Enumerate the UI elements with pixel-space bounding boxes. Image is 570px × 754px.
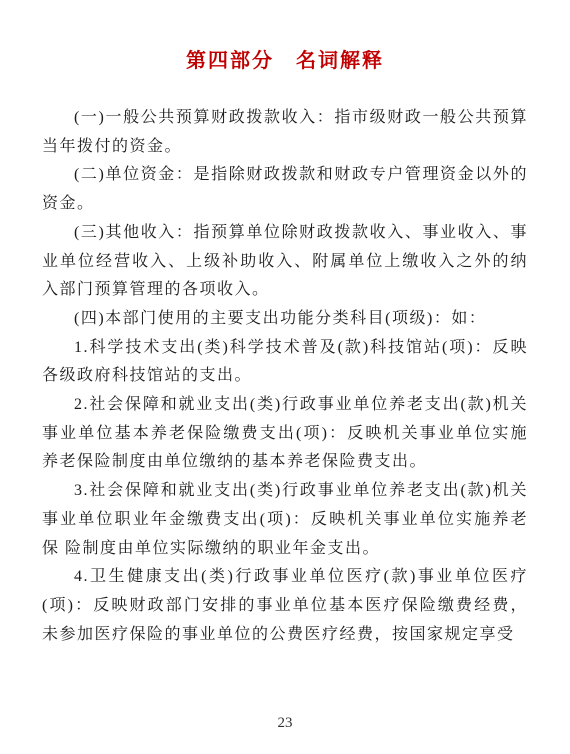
- paragraph-item-2: 2.社会保障和就业支出(类)行政事业单位养老支出(款)机关事业单位基本养老保险缴…: [42, 391, 528, 477]
- section-title: 第四部分 名词解释: [42, 50, 528, 72]
- paragraph-item-4: 4.卫生健康支出(类)行政事业单位医疗(款)事业单位医疗(项)：反映财政部门安排…: [42, 563, 528, 649]
- paragraph-definition-3: (三)其他收入：指预算单位除财政拨款收入、事业收入、事业单位经营收入、上级补助收…: [42, 219, 528, 305]
- body-text: (一)一般公共预算财政拨款收入：指市级财政一般公共预算当年拨付的资金。 (二)单…: [42, 104, 528, 649]
- page-number: 23: [0, 715, 570, 732]
- paragraph-definition-1: (一)一般公共预算财政拨款收入：指市级财政一般公共预算当年拨付的资金。: [42, 104, 528, 161]
- paragraph-definition-4: (四)本部门使用的主要支出功能分类科目(项级)：如：: [42, 305, 528, 334]
- document-page: 第四部分 名词解释 (一)一般公共预算财政拨款收入：指市级财政一般公共预算当年拨…: [0, 0, 570, 754]
- paragraph-definition-2: (二)单位资金：是指除财政拨款和财政专户管理资金以外的资金。: [42, 161, 528, 218]
- paragraph-item-1: 1.科学技术支出(类)科学技术普及(款)科技馆站(项)：反映各级政府科技馆站的支…: [42, 334, 528, 391]
- paragraph-item-3: 3.社会保障和就业支出(类)行政事业单位养老支出(款)机关事业单位职业年金缴费支…: [42, 477, 528, 563]
